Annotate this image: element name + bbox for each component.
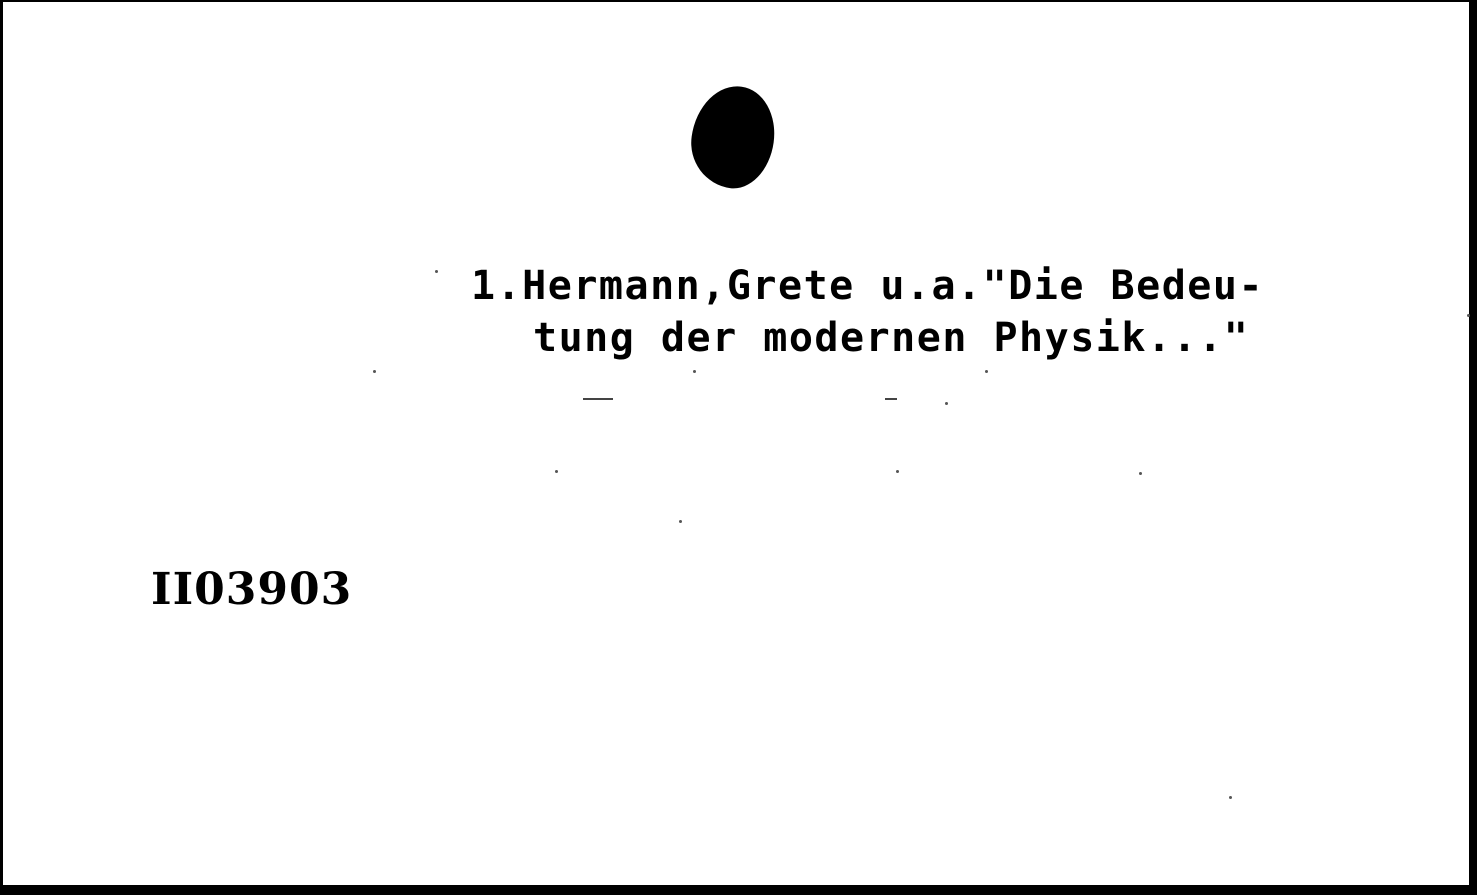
speck	[945, 402, 948, 405]
call-number: II03903	[151, 564, 352, 615]
speck	[1229, 796, 1232, 799]
entry-line-1: 1.Hermann,Grete u.a."Die Bedeu-	[471, 260, 1264, 312]
dash-mark	[583, 398, 613, 400]
speck	[555, 470, 558, 473]
speck	[896, 470, 899, 473]
speck	[985, 370, 988, 373]
dash-mark	[885, 398, 897, 400]
entry-line-2: tung der modernen Physik..."	[533, 312, 1249, 364]
speck	[1467, 314, 1470, 317]
catalog-card: 1.Hermann,Grete u.a."Die Bedeu- tung der…	[3, 2, 1469, 885]
speck	[1139, 472, 1142, 475]
speck	[373, 370, 376, 373]
punch-hole	[685, 81, 780, 193]
speck	[693, 370, 696, 373]
speck	[679, 520, 682, 523]
speck	[435, 270, 438, 273]
